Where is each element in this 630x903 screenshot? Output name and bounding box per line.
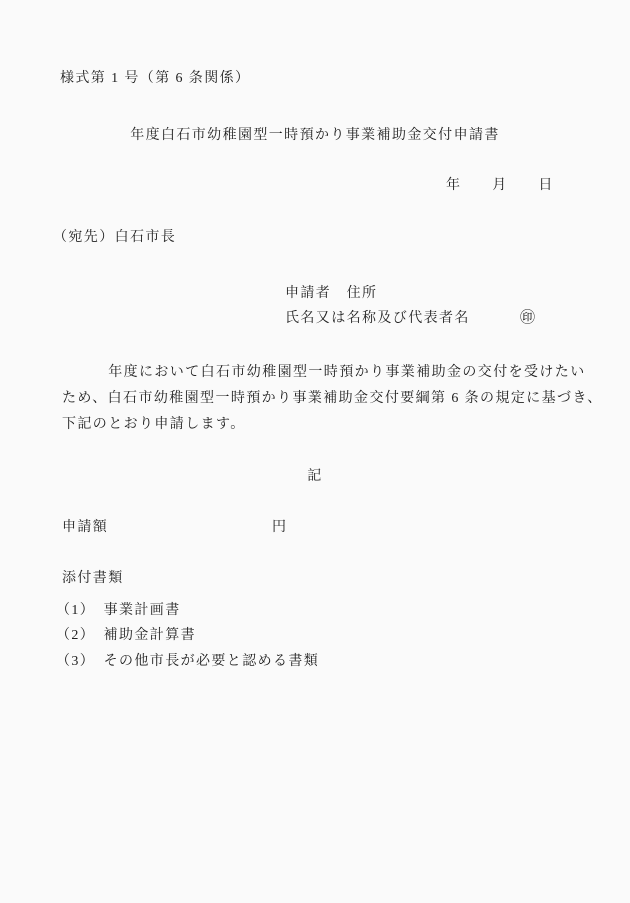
amount-label: 申請額: [62, 521, 108, 535]
document-title: 年度白石市幼稚園型一時預かり事業補助金交付申請書: [0, 129, 630, 143]
attachment-item-2: （2） 補助金計算書: [56, 629, 196, 643]
attachment-item-1: （1） 事業計画書: [56, 604, 181, 618]
addressee-line: （宛先）白石市長: [53, 231, 176, 245]
application-form-page: 様式第 1 号（第 6 条関係） 年度白石市幼稚園型一時預かり事業補助金交付申請…: [0, 0, 630, 903]
date-placeholder-line: 年 月 日: [446, 179, 554, 193]
applicant-name-label: 氏名又は名称及び代表者名: [285, 312, 470, 326]
section-heading-ki: 記: [0, 470, 630, 484]
seal-mark-icon: ㊞: [520, 311, 536, 326]
body-paragraph-line-2: ため、白石市幼稚園型一時預かり事業補助金交付要綱第 6 条の規定に基づき、: [62, 392, 603, 406]
attachment-item-3: （3） その他市長が必要と認める書類: [56, 655, 319, 669]
form-number: 様式第 1 号（第 6 条関係）: [60, 72, 250, 86]
body-paragraph-line-1: 年度において白石市幼稚園型一時預かり事業補助金の交付を受けたい: [62, 366, 586, 380]
applicant-address-label: 申請者 住所: [285, 287, 377, 301]
amount-unit-yen: 円: [272, 521, 287, 535]
body-paragraph-line-3: 下記のとおり申請します。: [62, 418, 246, 432]
attachments-heading: 添付書類: [62, 572, 124, 586]
